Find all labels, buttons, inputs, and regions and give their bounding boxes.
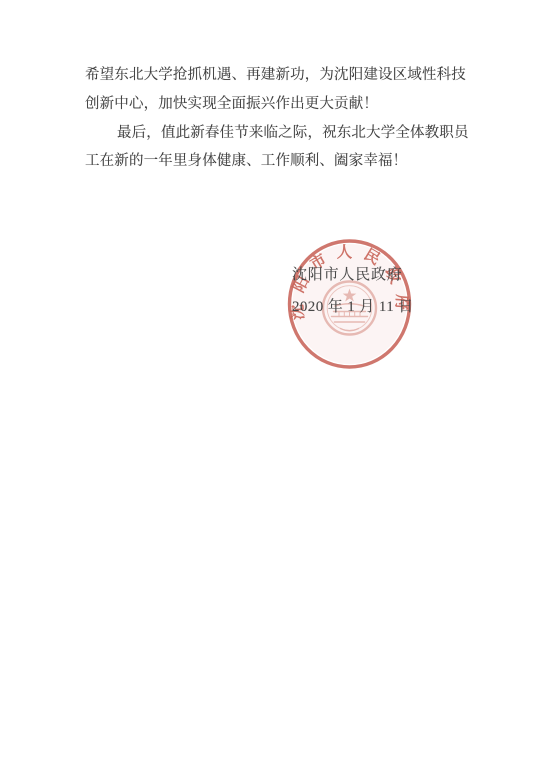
letter-body: 希望东北大学抢抓机遇、再建新功，为沈阳建设区域性科技 创新中心，加快实现全面振兴… [85, 61, 505, 176]
document-page: 希望东北大学抢抓机遇、再建新功，为沈阳建设区域性科技 创新中心，加快实现全面振兴… [0, 0, 549, 777]
issue-date: 2020 年 1 月 11 日 [292, 292, 414, 324]
body-text-line: 最后，值此新春佳节来临之际，祝东北大学全体教职员 [117, 119, 505, 148]
paragraph: 希望东北大学抢抓机遇、再建新功，为沈阳建设区域性科技 创新中心，加快实现全面振兴… [85, 61, 505, 119]
issuing-authority: 沈阳市人民政府 [292, 260, 414, 292]
signature-block: 沈阳市人民政府 2020 年 1 月 11 日 [292, 260, 414, 323]
body-text-line: 工在新的一年里身体健康、工作顺利、阖家幸福！ [85, 147, 505, 176]
paragraph: 最后，值此新春佳节来临之际，祝东北大学全体教职员 工在新的一年里身体健康、工作顺… [85, 119, 505, 177]
body-text-line: 希望东北大学抢抓机遇、再建新功，为沈阳建设区域性科技 [85, 61, 505, 90]
body-text-line: 创新中心，加快实现全面振兴作出更大贡献！ [85, 90, 505, 119]
